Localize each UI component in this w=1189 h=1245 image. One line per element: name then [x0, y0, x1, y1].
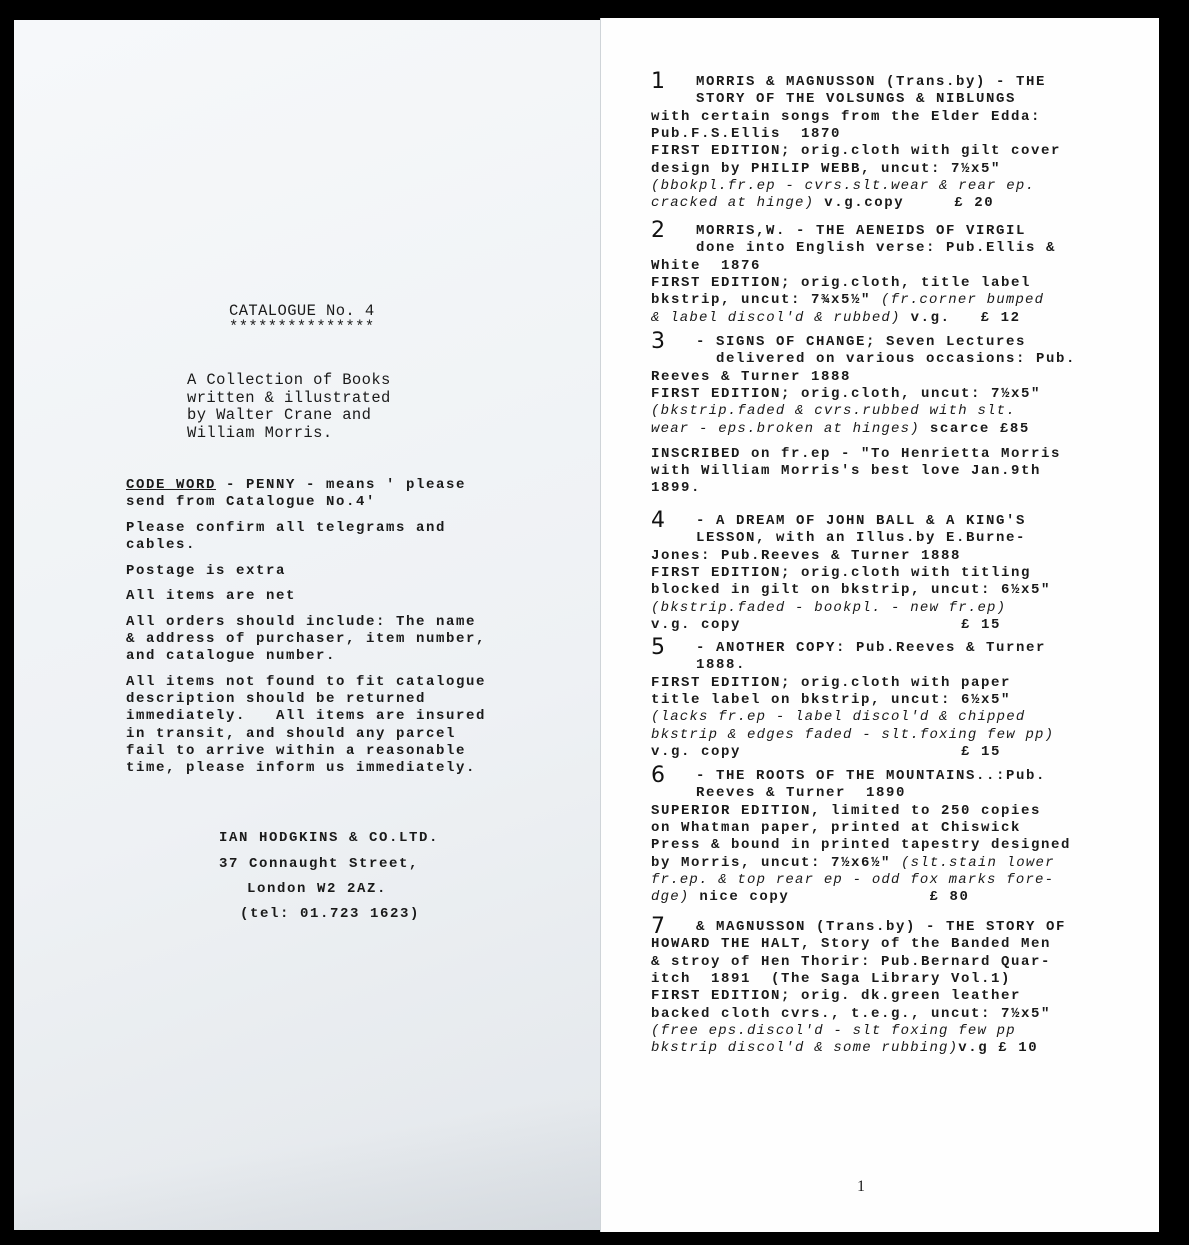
item-line: Reeves & Turner 1888: [651, 369, 851, 386]
returns-line-2: description should be returned: [126, 691, 426, 708]
item-line: itch 1891 (The Saga Library Vol.1): [651, 971, 1011, 988]
item-line: & label discol'd & rubbed) v.g. £ 12: [651, 310, 1021, 327]
item-line: FIRST EDITION; orig. dk.green leather: [651, 988, 1021, 1005]
item-line: & stroy of Hen Thorir: Pub.Bernard Quar-: [651, 954, 1051, 971]
code-word-line: CODE WORD - PENNY - means ' please: [126, 477, 466, 494]
address-city: London W2 2AZ.: [247, 881, 387, 898]
item-line: STORY OF THE VOLSUNGS & NIBLUNGS: [696, 91, 1016, 108]
returns-line-5: fail to arrive within a reasonable: [126, 743, 466, 760]
item-line: LESSON, with an Illus.by E.Burne-: [696, 530, 1026, 547]
item-line: v.g. copy £ 15: [651, 744, 1001, 761]
item-line: - SIGNS OF CHANGE; Seven Lectures: [696, 334, 1026, 351]
item-line: & MAGNUSSON (Trans.by) - THE STORY OF: [696, 919, 1066, 936]
item-number: 1: [651, 69, 665, 94]
item-line: FIRST EDITION; orig.cloth with titling: [651, 565, 1031, 582]
item-number: 3: [651, 329, 665, 354]
item-line: FIRST EDITION; orig.cloth, uncut: 7½x5": [651, 386, 1041, 403]
orders-line-1: All orders should include: The name: [126, 614, 476, 631]
item-line: FIRST EDITION; orig.cloth with gilt cove…: [651, 143, 1061, 160]
item-line: (free eps.discol'd - slt foxing few pp: [651, 1023, 1016, 1040]
item-line: (bkstrip.faded & cvrs.rubbed with slt.: [651, 403, 1016, 420]
item-line: bkstrip & edges faded - slt.foxing few p…: [651, 727, 1054, 744]
net-note: All items are net: [126, 588, 296, 605]
item-line: wear - eps.broken at hinges) scarce £85: [651, 421, 1030, 438]
item-line: done into English verse: Pub.Ellis &: [696, 240, 1056, 257]
item-line: White 1876: [651, 258, 761, 275]
telegrams-line-2: cables.: [126, 537, 196, 554]
returns-line-6: time, please inform us immediately.: [126, 760, 476, 777]
postage-note: Postage is extra: [126, 563, 286, 580]
item-line: MORRIS & MAGNUSSON (Trans.by) - THE: [696, 74, 1046, 91]
code-word-label: CODE WORD: [126, 477, 216, 493]
item-line: HOWARD THE HALT, Story of the Banded Men: [651, 936, 1051, 953]
item-line: (lacks fr.ep - label discol'd & chipped: [651, 709, 1025, 726]
item-line: FIRST EDITION; orig.cloth, title label: [651, 275, 1031, 292]
item-line: Reeves & Turner 1890: [696, 785, 906, 802]
page-number: 1: [857, 1178, 865, 1196]
left-page: CATALOGUE No. 4 *************** A Collec…: [14, 20, 600, 1230]
telegrams-line-1: Please confirm all telegrams and: [126, 520, 446, 537]
item-note-line: INSCRIBED on fr.ep - "To Henrietta Morri…: [651, 446, 1061, 463]
item-line: - A DREAM OF JOHN BALL & A KING'S: [696, 513, 1026, 530]
intro-text: A Collection of Books written & illustra…: [187, 372, 391, 442]
item-number: 7: [651, 914, 665, 939]
item-number: 4: [651, 508, 665, 533]
item-line: bkstrip, uncut: 7¾x5½" (fr.corner bumped: [651, 292, 1044, 309]
item-note-line: 1899.: [651, 480, 701, 497]
address-tel: (tel: 01.723 1623): [240, 906, 420, 923]
item-line: backed cloth cvrs., t.e.g., uncut: 7½x5": [651, 1006, 1051, 1023]
item-line: (bkstrip.faded - bookpl. - new fr.ep): [651, 600, 1006, 617]
item-line: bkstrip discol'd & some rubbing)v.g £ 10: [651, 1040, 1038, 1057]
item-line: by Morris, uncut: 7½x6½" (slt.stain lowe…: [651, 855, 1055, 872]
returns-line-4: in transit, and should any parcel: [126, 726, 456, 743]
item-line: (bbokpl.fr.ep - cvrs.slt.wear & rear ep.: [651, 178, 1035, 195]
item-line: dge) nice copy £ 80: [651, 889, 969, 906]
code-word-line-2: send from Catalogue No.4': [126, 494, 376, 511]
item-line: - ANOTHER COPY: Pub.Reeves & Turner: [696, 640, 1046, 657]
item-line: FIRST EDITION; orig.cloth with paper: [651, 675, 1011, 692]
item-line: v.g. copy £ 15: [651, 617, 1001, 634]
orders-line-3: and catalogue number.: [126, 648, 336, 665]
item-line: design by PHILIP WEBB, uncut: 7½x5": [651, 161, 1001, 178]
item-line: Jones: Pub.Reeves & Turner 1888: [651, 548, 961, 565]
item-line: delivered on various occasions: Pub.: [696, 351, 1076, 368]
item-line: SUPERIOR EDITION, limited to 250 copies: [651, 803, 1041, 820]
item-line: Pub.F.S.Ellis 1870: [651, 126, 841, 143]
item-note-line: with William Morris's best love Jan.9th: [651, 463, 1041, 480]
address-company: IAN HODGKINS & CO.LTD.: [219, 830, 439, 847]
item-line: on Whatman paper, printed at Chiswick: [651, 820, 1021, 837]
item-line: blocked in gilt on bkstrip, uncut: 6½x5": [651, 582, 1051, 599]
item-line: - THE ROOTS OF THE MOUNTAINS..:Pub.: [696, 768, 1046, 785]
returns-line-3: immediately. All items are insured: [126, 708, 486, 725]
title-rule: ***************: [229, 319, 375, 337]
item-line: fr.ep. & top rear ep - odd fox marks for…: [651, 872, 1054, 889]
item-line: title label on bkstrip, uncut: 6½x5": [651, 692, 1011, 709]
item-line: with certain songs from the Elder Edda:: [651, 109, 1041, 126]
item-number: 2: [651, 218, 665, 243]
item-number: 6: [651, 763, 665, 788]
address-street: 37 Connaught Street,: [219, 856, 419, 873]
orders-line-2: & address of purchaser, item number,: [126, 631, 486, 648]
item-line: cracked at hinge) v.g.copy £ 20: [651, 195, 994, 212]
item-line: 1888.: [696, 657, 746, 674]
item-number: 5: [651, 635, 665, 660]
item-line: MORRIS,W. - THE AENEIDS OF VIRGIL: [696, 223, 1026, 240]
right-page: 1MORRIS & MAGNUSSON (Trans.by) - THESTOR…: [600, 18, 1159, 1232]
returns-line-1: All items not found to fit catalogue: [126, 674, 486, 691]
item-line: Press & bound in printed tapestry design…: [651, 837, 1071, 854]
